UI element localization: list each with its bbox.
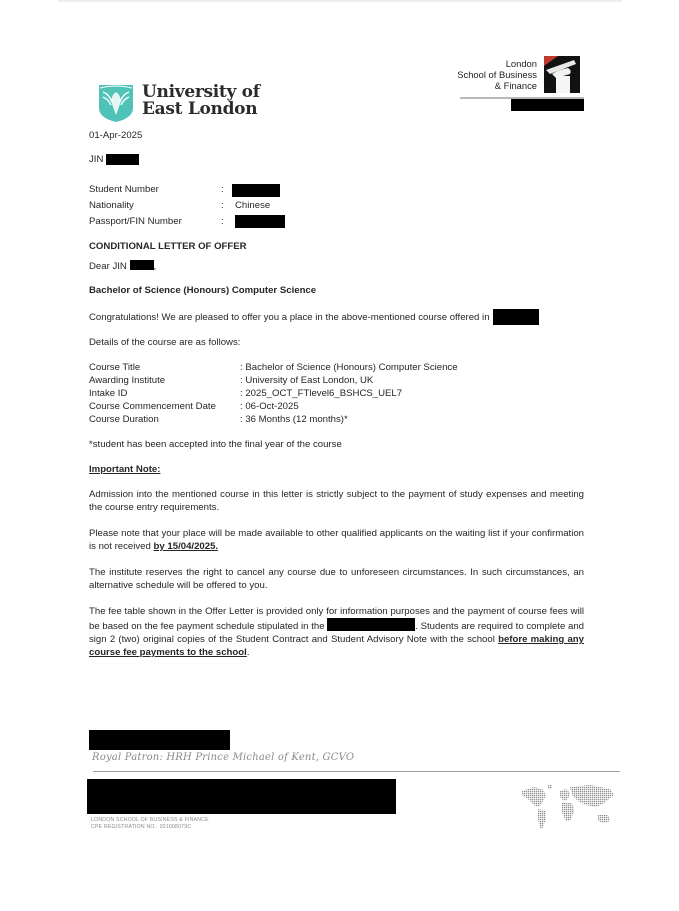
- page-top-edge: [58, 0, 622, 2]
- letter-title: CONDITIONAL LETTER OF OFFER: [89, 241, 247, 253]
- footer-rule: [93, 771, 620, 772]
- paragraph-fees: The fee table shown in the Offer Letter …: [89, 605, 584, 659]
- uel-wordmark: University of East London: [142, 84, 260, 118]
- redacted-signature: [89, 730, 230, 750]
- passport-label: Passport/FIN Number: [89, 216, 182, 228]
- lsbf-wordmark: London School of Business & Finance: [457, 58, 537, 91]
- redacted-student-number: [232, 184, 280, 197]
- uel-shield-icon: [97, 82, 135, 122]
- paragraph-admission: Admission into the mentioned course in t…: [89, 488, 584, 514]
- letter-date: 01-Apr-2025: [89, 130, 142, 142]
- redacted-surname: [106, 154, 139, 165]
- redacted-location: [493, 309, 539, 325]
- paragraph-cancellation: The institute reserves the right to canc…: [89, 566, 584, 592]
- redacted-footer-address: [87, 779, 396, 814]
- redacted-header-info: [511, 99, 584, 111]
- important-note-heading: Important Note:: [89, 464, 160, 476]
- column-icon: [544, 56, 580, 93]
- recipient-name: JIN: [89, 154, 103, 166]
- nationality-label: Nationality: [89, 200, 134, 212]
- student-number-label: Student Number: [89, 184, 159, 196]
- royal-patron: Royal Patron: HRH Prince Michael of Kent…: [92, 752, 354, 763]
- course-footnote: *student has been accepted into the fina…: [89, 439, 342, 451]
- redacted-passport-number: [235, 215, 285, 228]
- congrats-text: Congratulations! We are pleased to offer…: [89, 312, 490, 324]
- redacted-document-name: [327, 618, 415, 631]
- redacted-surname: [130, 260, 154, 270]
- details-intro: Details of the course are as follows:: [89, 337, 240, 349]
- paragraph-waiting-list: Please note that your place will be made…: [89, 527, 584, 553]
- course-heading: Bachelor of Science (Honours) Computer S…: [89, 285, 316, 297]
- salutation: Dear JIN ,: [89, 260, 156, 273]
- confirmation-deadline: by 15/04/2025.: [154, 541, 219, 552]
- world-map-icon: [520, 783, 618, 835]
- footer-org-info: LONDON SCHOOL OF BUSINESS & FINANCE CPE …: [91, 817, 209, 831]
- nationality-value: Chinese: [235, 200, 270, 212]
